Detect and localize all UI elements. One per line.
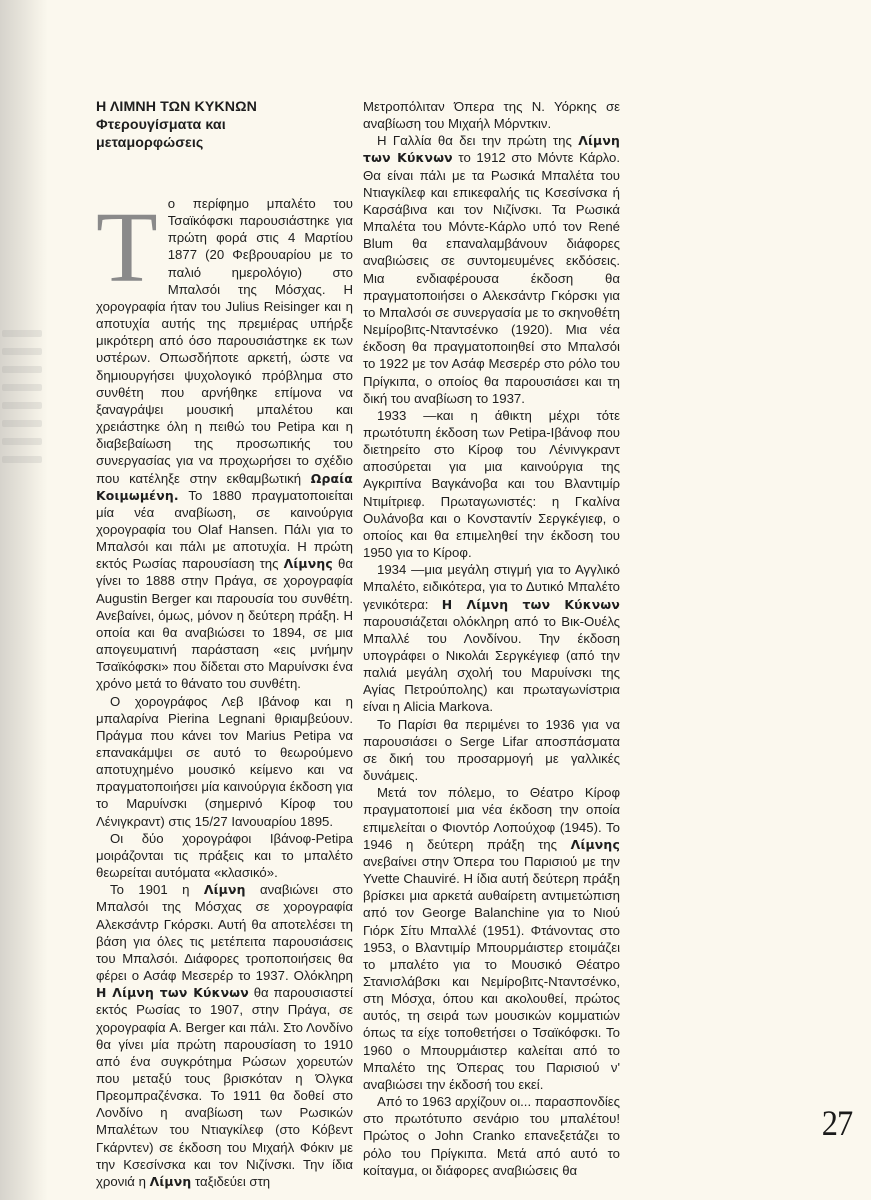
- paragraph-text: Οι δύο χορογράφοι Ιβάνοφ-Petipa μοιράζον…: [96, 831, 353, 880]
- paragraph-text: Το Παρίσι θα περιμένει το 1936 για να πα…: [363, 717, 620, 783]
- paragraph-text: Από το 1963 αρχίζουν οι... παρασπονδίες …: [363, 1094, 620, 1178]
- page-gutter-shadow: [0, 0, 48, 1200]
- paragraph-text: το 1912 στο Μόντε Κάρλο. Θα είναι πάλι μ…: [363, 150, 620, 405]
- bold-title-reference: Λίμνη: [150, 1174, 192, 1189]
- subtitle-line-2: μεταμορφώσεις: [96, 134, 353, 152]
- paragraph: 1933 —και η άθικτη μέχρι τότε πρωτότυπη …: [363, 407, 620, 561]
- right-column: Μετροπόλιταν Όπερα της Ν. Υόρκης σε αναβ…: [363, 98, 620, 1179]
- left-column: Η ΛΙΜΝΗ ΤΩΝ ΚΥΚΝΩΝ Φτερουγίσματα και μετ…: [96, 98, 353, 1190]
- paragraph-text: θα παρουσιαστεί εκτός Ρωσίας το 1907, στ…: [96, 985, 353, 1189]
- paragraph: Από το 1963 αρχίζουν οι... παρασπονδίες …: [363, 1093, 620, 1179]
- left-column-body: ο περίφημο μπαλέτο του Τσαϊκόφσκι παρουσ…: [96, 195, 353, 1190]
- article-title: Η ΛΙΜΝΗ ΤΩΝ ΚΥΚΝΩΝ Φτερουγίσματα και μετ…: [96, 98, 353, 152]
- paragraph: Το Παρίσι θα περιμένει το 1936 για να πα…: [363, 716, 620, 785]
- paragraph: Οι δύο χορογράφοι Ιβάνοφ-Petipa μοιράζον…: [96, 830, 353, 881]
- drop-cap: Τ: [96, 201, 158, 293]
- paragraph-text: Μετροπόλιταν Όπερα της Ν. Υόρκης σε αναβ…: [363, 99, 620, 131]
- paragraph-text: παρουσιάζεται ολόκληρη από το Βικ-Ουέλς …: [363, 614, 620, 715]
- paragraph-text: Η Γαλλία θα δει την πρώτη της: [377, 133, 578, 148]
- bold-title-reference: Η Λίμνη των Κύκνων: [442, 597, 620, 612]
- title-main: Η ΛΙΜΝΗ ΤΩΝ ΚΥΚΝΩΝ: [96, 98, 353, 116]
- paragraph: Μετροπόλιταν Όπερα της Ν. Υόρκης σε αναβ…: [363, 98, 620, 132]
- paragraph-text: θα γίνει το 1888 στην Πράγα, σε χορογραφ…: [96, 556, 353, 691]
- paragraph-text: ταξιδεύει στη: [191, 1174, 270, 1189]
- paragraph: 1934 —μια μεγάλη στιγμή για το Αγγλικό Μ…: [363, 561, 620, 715]
- paragraph: Ο χορογράφος Λεβ Ιβάνοφ και η μπαλαρίνα …: [96, 693, 353, 830]
- paragraph-text: ανεβαίνει στην Όπερα του Παρισιού με την…: [363, 854, 620, 1092]
- bold-title-reference: Λίμνης: [571, 837, 620, 852]
- paragraph-text: 1933 —και η άθικτη μέχρι τότε πρωτότυπη …: [363, 408, 620, 560]
- paragraph-text: Το 1901 η: [110, 882, 204, 897]
- bold-title-reference: Λίμνης: [284, 556, 333, 571]
- show-through-text: [2, 330, 42, 474]
- subtitle-line-1: Φτερουγίσματα και: [96, 116, 353, 134]
- page-number: 27: [822, 1103, 853, 1143]
- paragraph: Η Γαλλία θα δει την πρώτη της Λίμνη των …: [363, 132, 620, 407]
- bold-title-reference: Λίμνη: [204, 882, 246, 897]
- paragraph-text: αναβιώνει στο Μπαλσόι της Μόσχας σε χορο…: [96, 882, 353, 983]
- paragraph: Μετά τον πόλεμο, το Θέατρο Κίροφ πραγματ…: [363, 784, 620, 1093]
- paragraph-text: Ο χορογράφος Λεβ Ιβάνοφ και η μπαλαρίνα …: [96, 694, 353, 829]
- paragraph: Το 1901 η Λίμνη αναβιώνει στο Μπαλσόι τη…: [96, 881, 353, 1190]
- right-column-body: Μετροπόλιταν Όπερα της Ν. Υόρκης σε αναβ…: [363, 98, 620, 1179]
- bold-title-reference: Η Λίμνη των Κύκνων: [96, 985, 249, 1000]
